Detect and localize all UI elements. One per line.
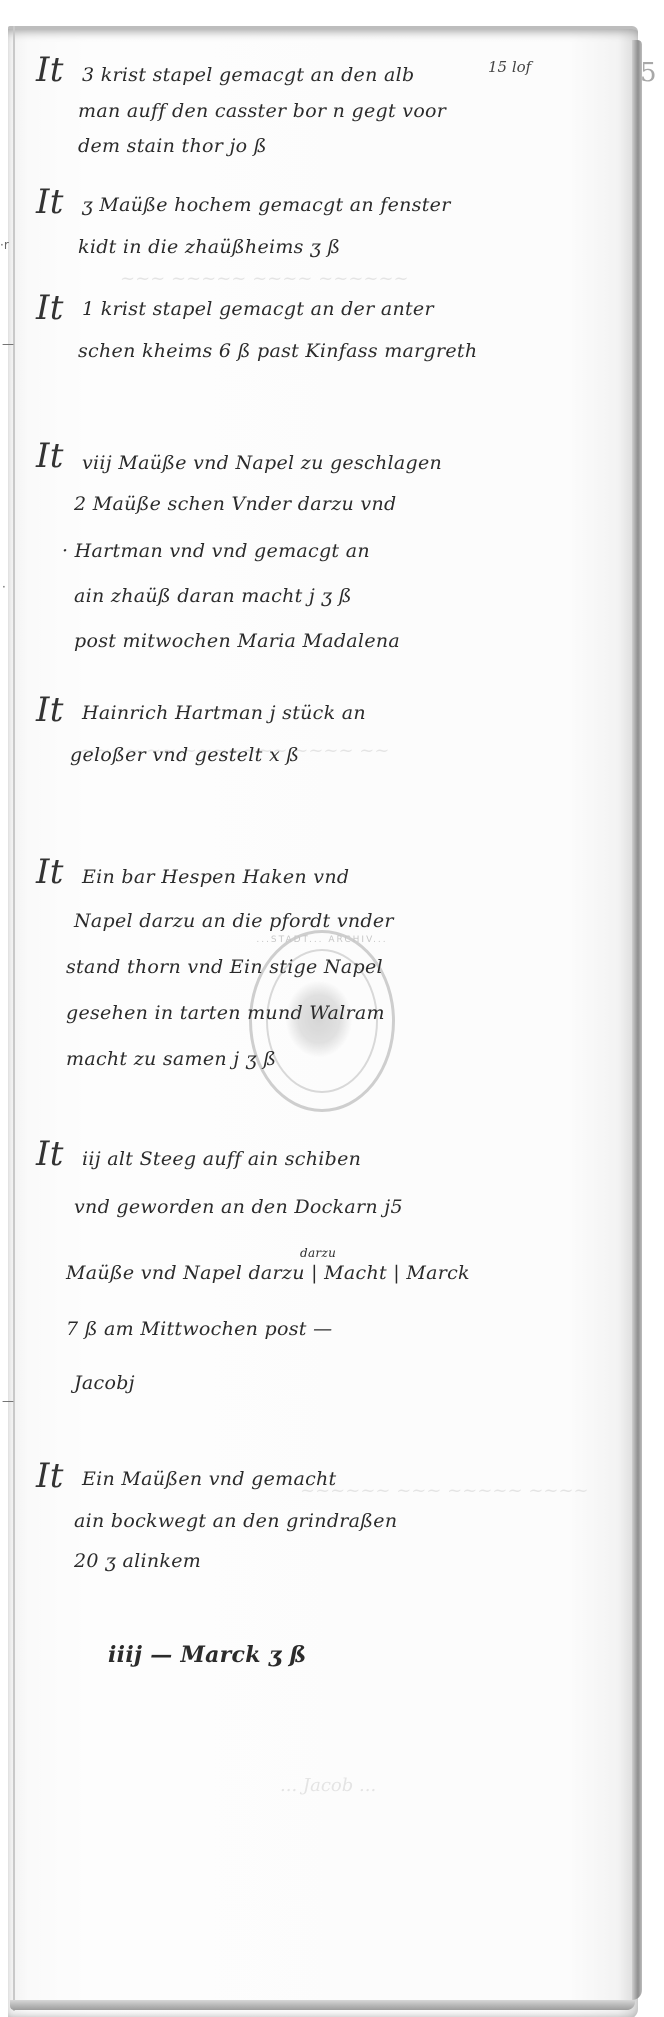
entry-line: 2 Maüße schen Vnder darzu vnd bbox=[74, 493, 396, 515]
entry-line: schen kheims 6 ß past Kinfass margreth bbox=[78, 340, 477, 362]
interlinear-insertion: darzu bbox=[300, 1246, 336, 1260]
entry-line: vnd geworden an den Dockarn j5 bbox=[74, 1196, 403, 1218]
page-edge-right bbox=[632, 40, 642, 2000]
entry-initial: It bbox=[36, 1134, 64, 1174]
entry-line: kidt in die zhaüßheims ʒ ß bbox=[78, 236, 340, 258]
page-edge-bottom bbox=[10, 2000, 635, 2010]
margin-note: 15 lof bbox=[488, 58, 531, 76]
entry-line: Jacobj bbox=[74, 1372, 135, 1394]
margin-mark: ·r bbox=[0, 238, 9, 252]
entry-line: 3 krist stapel gemacgt an den alb bbox=[82, 64, 414, 86]
bleed-through-text: ~~~~~~ ~~~ ~~~~~ ~~~~ bbox=[300, 1480, 589, 1501]
entry-line: Hainrich Hartman j stück an bbox=[82, 702, 366, 724]
entry-line: stand thorn vnd Ein stige Napel bbox=[66, 956, 383, 978]
entry-line: gesehen in tarten mund Walram bbox=[66, 1002, 385, 1024]
entry-line: Maüße vnd Napel darzu | Macht | Marck bbox=[66, 1262, 470, 1284]
entry-line: 20 ʒ alinkem bbox=[74, 1550, 201, 1572]
entry-line: · Hartman vnd vnd gemacgt an bbox=[62, 540, 370, 562]
entry-line: Napel darzu an die pfordt vnder bbox=[74, 910, 394, 932]
page-total: iiij — Marck ʒ ß bbox=[108, 1642, 307, 1668]
entry-initial: It bbox=[36, 50, 64, 90]
entry-line: ain bockwegt an den grindraßen bbox=[74, 1510, 397, 1532]
entry-initial: It bbox=[36, 852, 64, 892]
entry-line: iij alt Steeg auff ain schiben bbox=[82, 1148, 361, 1170]
entry-initial: It bbox=[36, 436, 64, 476]
entry-initial: It bbox=[36, 1456, 64, 1496]
entry-line: macht zu samen j ʒ ß bbox=[66, 1048, 276, 1070]
entry-line: dem stain thor jo ß bbox=[78, 135, 267, 157]
entry-line: Ein Maüßen vnd gemacht bbox=[82, 1468, 337, 1490]
entry-initial: It bbox=[36, 182, 64, 222]
entry-initial: It bbox=[36, 288, 64, 328]
entry-line: man auff den casster bor n gegt voor bbox=[78, 100, 446, 122]
entry-initial: It bbox=[36, 690, 64, 730]
entry-line: ʒ Maüße hochem gemacgt an fenster bbox=[82, 194, 451, 216]
bleed-through-text: ~~~ ~~~~~ ~~~~ ~~~~~~ bbox=[120, 268, 409, 289]
margin-mark: · bbox=[2, 580, 6, 594]
entry-line: Ein bar Hespen Haken vnd bbox=[82, 866, 349, 888]
manuscript-scan: ~~~ ~~~~~ ~~~~ ~~~~~~ ~~~~ ~~ ~~~~~~~ ~~… bbox=[0, 0, 664, 2017]
entry-line: ain zhaüß daran macht j ʒ ß bbox=[74, 585, 352, 607]
entry-line: 1 krist stapel gemacgt an der anter bbox=[82, 298, 434, 320]
entry-line: geloßer vnd gestelt x ß bbox=[70, 744, 299, 766]
folio-number: 5 bbox=[640, 58, 657, 88]
entry-line: viij Maüße vnd Napel zu geschlagen bbox=[82, 452, 442, 474]
margin-mark: — bbox=[2, 337, 14, 351]
binding-gutter bbox=[13, 26, 15, 2011]
bleed-through-text: ... Jacob ... bbox=[280, 1775, 376, 1796]
margin-mark: — bbox=[2, 1394, 14, 1408]
entry-line: 7 ß am Mittwochen post — bbox=[66, 1318, 332, 1340]
entry-line: post mitwochen Maria Madalena bbox=[74, 630, 400, 652]
stamp-legend: ...STADT... ARCHIV... bbox=[252, 935, 392, 945]
